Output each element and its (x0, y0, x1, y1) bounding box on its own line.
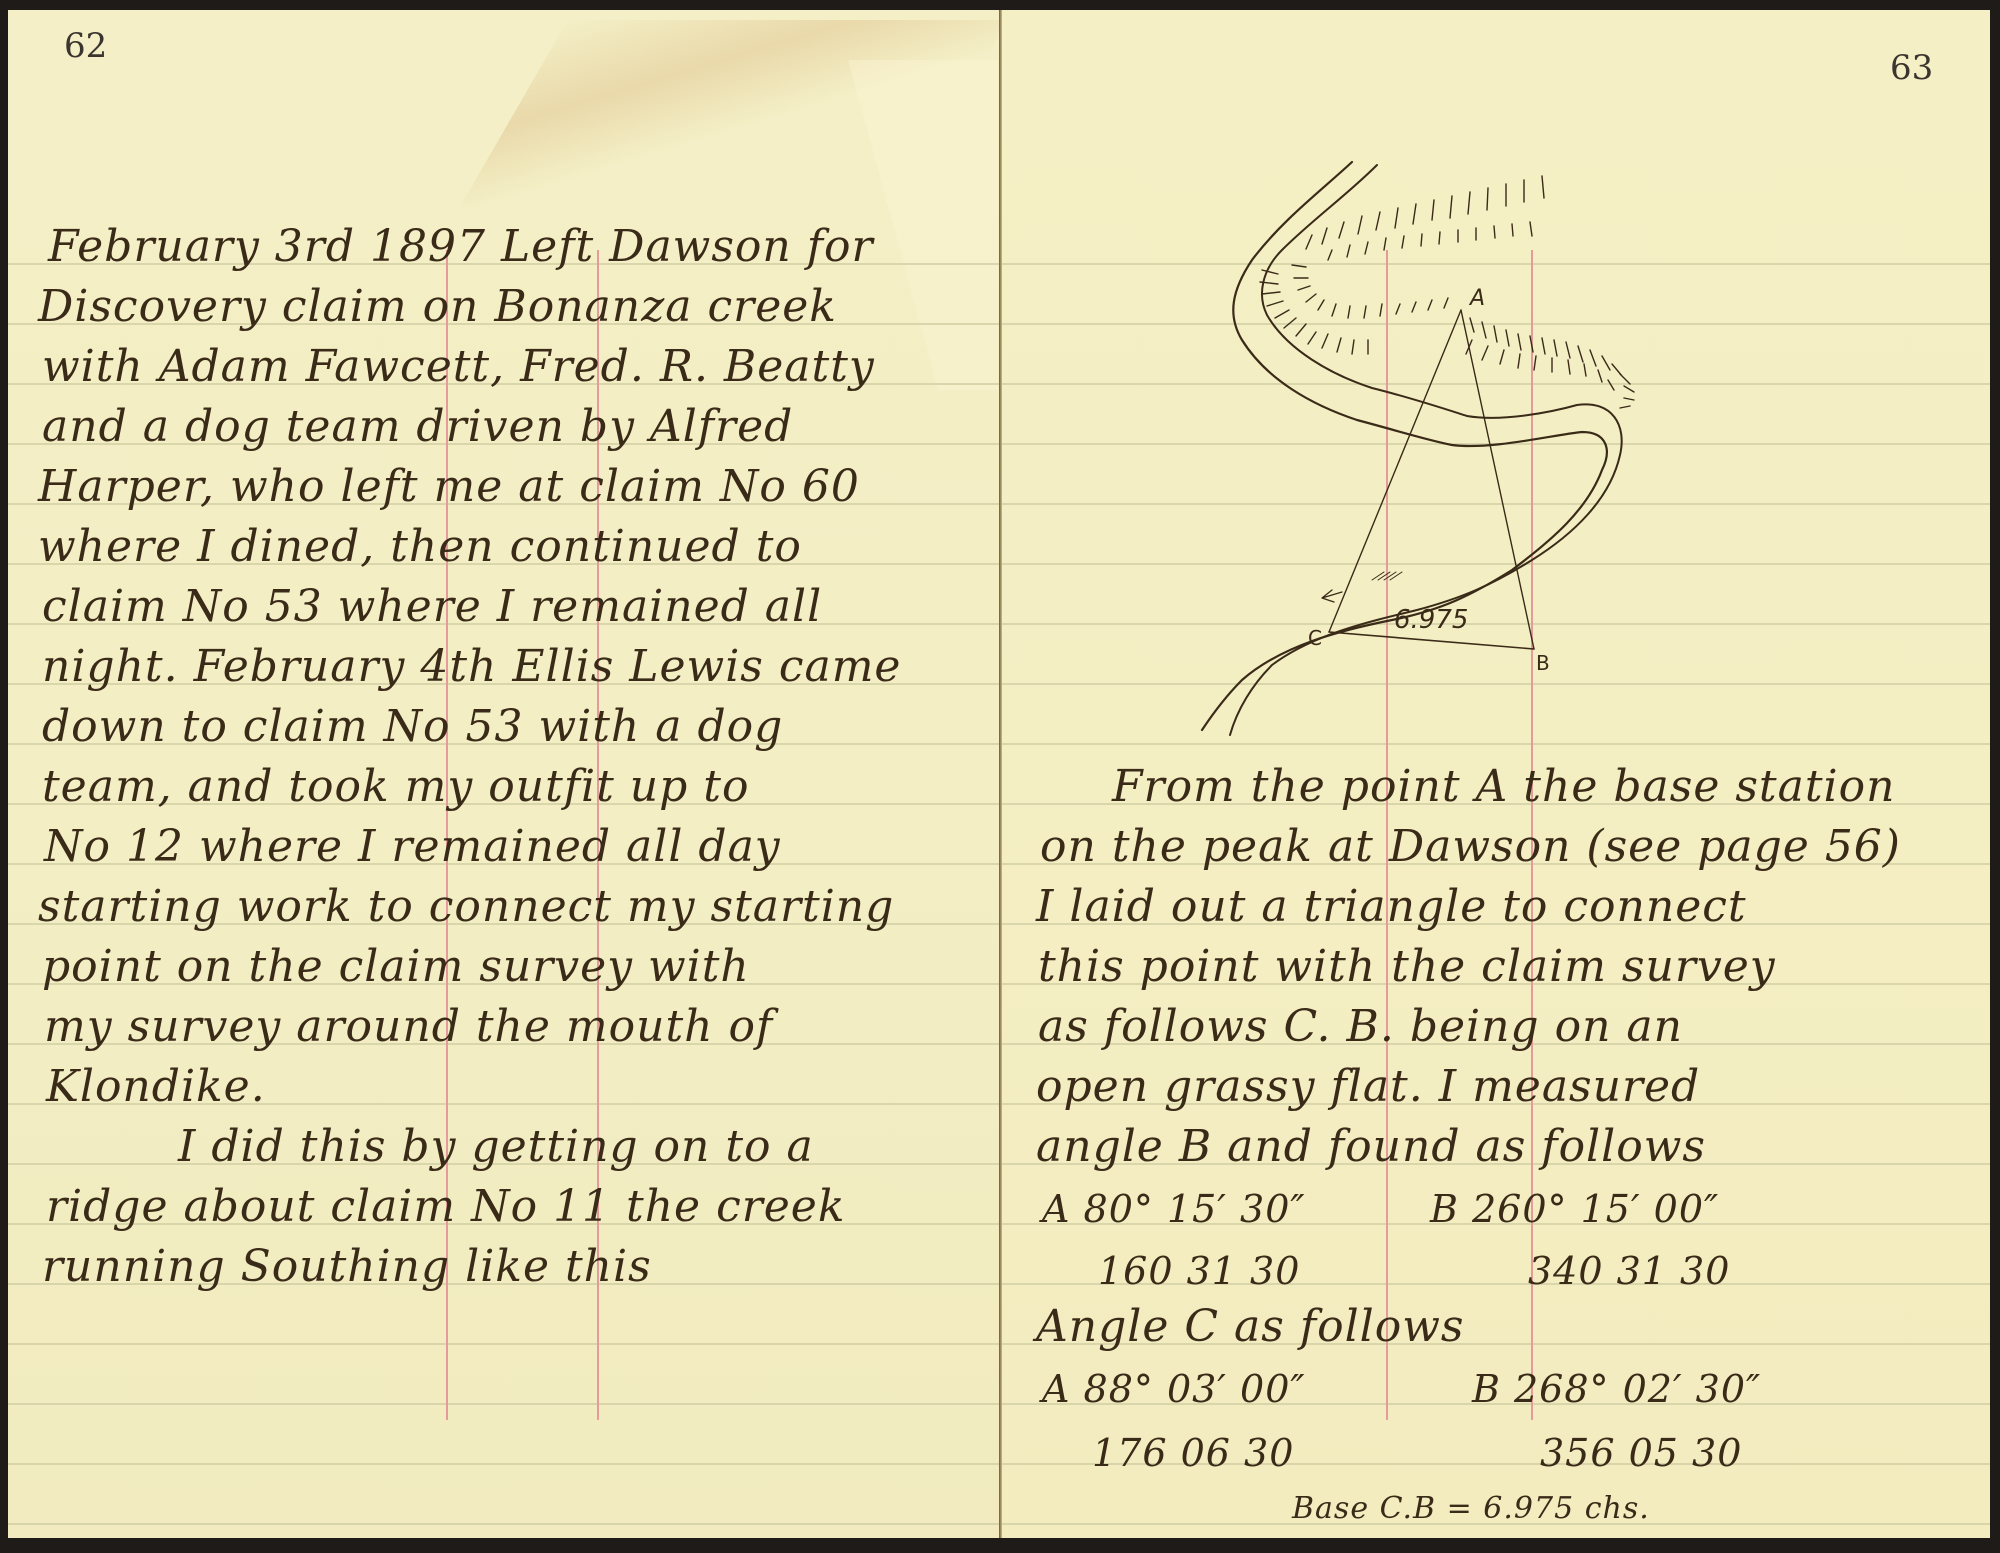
left-page: 62 February 3rd 1897 Left Dawson for Dis… (8, 10, 1000, 1538)
angle-c-heading: Angle C as follows (1036, 1305, 1464, 1349)
flow-hatch (1372, 572, 1402, 580)
page-number-right: 63 (1890, 48, 1933, 88)
text-line: where I dined, then continued to (38, 525, 802, 569)
text-line: February 3rd 1897 Left Dawson for (48, 225, 874, 269)
text-line: running Southing like this (42, 1245, 652, 1289)
text-line: I laid out a triangle to connect (1036, 885, 1747, 929)
angle-c-double-b: 356 05 30 (1540, 1434, 1742, 1472)
triangle-ab (1461, 310, 1534, 649)
text-line: Discovery claim on Bonanza creek (38, 285, 837, 329)
text-line: as follows C. B. being on an (1038, 1005, 1683, 1049)
text-line: No 12 where I remained all day (44, 825, 781, 869)
text-line: my survey around the mouth of (44, 1005, 773, 1049)
page-number-left: 62 (64, 26, 107, 66)
baseline-measurement-label: 6.975 (1394, 605, 1468, 635)
ruled-line (8, 1463, 1000, 1465)
angle-b-double-a: 160 31 30 (1098, 1252, 1300, 1290)
angle-c-reading-b: B 268° 02′ 30″ (1472, 1370, 1761, 1408)
survey-sketch-diagram: A C B 6.975 (1172, 140, 1732, 740)
angle-b-double-b: 340 31 30 (1528, 1252, 1730, 1290)
text-line: down to claim No 53 with a dog (42, 705, 783, 749)
base-length-note: Base C.B = 6.975 chs. (1292, 1494, 1650, 1524)
text-line: team, and took my outfit up to (42, 765, 749, 809)
creek-bank-outer (1202, 162, 1607, 730)
text-line: night. February 4th Ellis Lewis came (42, 645, 901, 689)
point-a-label: A (1468, 286, 1485, 311)
text-line: and a dog team driven by Alfred (42, 405, 793, 449)
text-line: I did this by getting on to a (178, 1125, 814, 1169)
text-line: open grassy flat. I measured (1036, 1065, 1700, 1109)
angle-c-double-a: 176 06 30 (1092, 1434, 1294, 1472)
ruled-line (1002, 743, 1990, 745)
ruled-line (8, 1403, 1000, 1405)
text-line: angle B and found as follows (1036, 1125, 1706, 1169)
text-line: on the peak at Dawson (see page 56) (1040, 825, 1901, 869)
angle-b-reading-b: B 260° 15′ 00″ (1430, 1190, 1719, 1228)
point-b-label: B (1536, 651, 1550, 675)
text-line: ridge about claim No 11 the creek (46, 1185, 846, 1229)
triangle-ac (1329, 310, 1461, 632)
angle-c-reading-a: A 88° 03′ 00″ (1042, 1370, 1306, 1408)
ridge-hachures (1260, 176, 1634, 408)
text-line: Harper, who left me at claim No 60 (38, 465, 860, 509)
flow-arrow (1322, 590, 1342, 602)
text-line: with Adam Fawcett, Fred. R. Beatty (42, 345, 875, 389)
text-line: Klondike. (46, 1065, 266, 1109)
text-line: starting work to connect my starting (38, 885, 894, 929)
text-line: this point with the claim survey (1038, 945, 1776, 989)
ruled-line (8, 1343, 1000, 1345)
text-line: claim No 53 where I remained all (42, 585, 822, 629)
text-line: point on the claim survey with (42, 945, 750, 989)
point-c-label: C (1308, 626, 1322, 650)
ruled-line (8, 1523, 1000, 1525)
angle-b-reading-a: A 80° 15′ 30″ (1042, 1190, 1306, 1228)
right-page: 63 A C B 6.975 (1002, 10, 1990, 1538)
text-line: From the point A the base station (1112, 765, 1895, 809)
